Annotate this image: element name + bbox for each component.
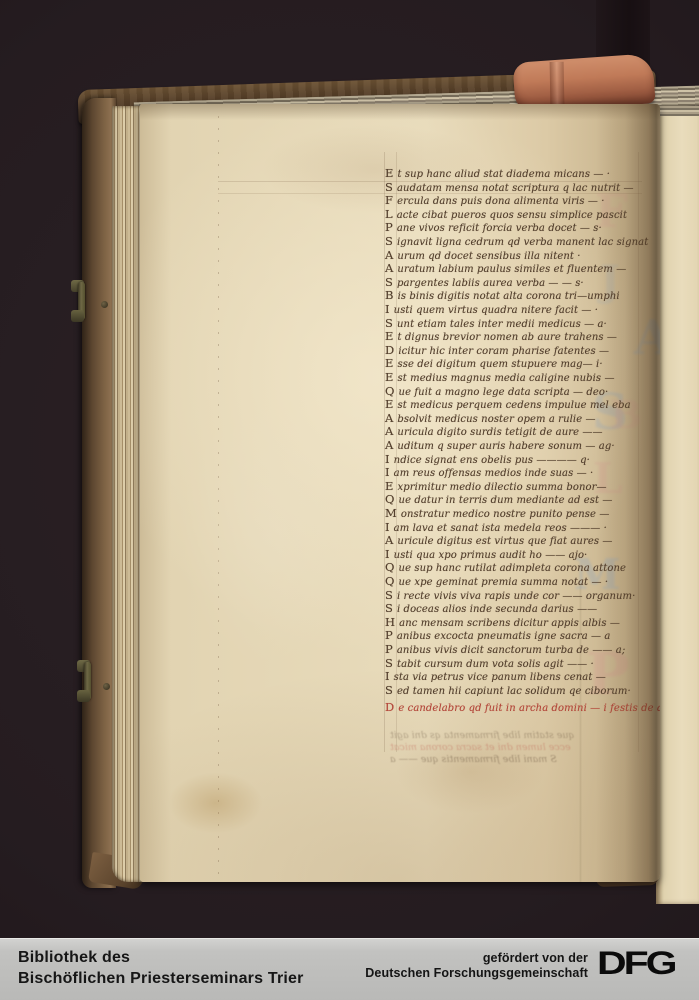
manuscript-line: Iusti quem virtus quadra nitere facit — … (385, 302, 598, 316)
dfg-logo: DFG (597, 949, 692, 976)
manuscript-line: Bis binis digitis notat alta corona tri—… (385, 288, 620, 302)
manuscript-line: Sunt etiam tales inter medii medicus — a… (385, 316, 607, 330)
line-initial: E (385, 166, 394, 180)
line-initial: S (385, 601, 393, 615)
line-text: sse dei digitum quem stupuere mag— i· (398, 359, 603, 370)
manuscript-line: Que fuit a magno lege data scripta — deo… (385, 384, 608, 398)
line-initial: I (385, 547, 390, 561)
line-text: anibus excocta pneumatis igne sacra — a (397, 631, 611, 642)
line-text: anibus vivis dicit sanctorum turba de ——… (397, 645, 626, 656)
manuscript-line: Est medius magnus media caligine nubis — (385, 370, 615, 384)
line-initial: E (385, 479, 394, 493)
book-cover-left-edge (82, 98, 116, 888)
line-initial: Q (385, 574, 395, 588)
line-initial: A (385, 411, 393, 425)
clasp-catch-pin-bottom (103, 683, 110, 690)
manuscript-line: Lacte cibat pueros quos sensu simplice p… (385, 207, 627, 221)
manuscript-line: Iusti qua xpo primus audit ho —— ajo· (385, 547, 587, 561)
line-text: icitur hic inter coram pharise fatentes … (398, 346, 609, 357)
manuscript-line: Aurum qd docet sensibus illa nitent · (385, 248, 581, 262)
line-text: ignavit ligna cedrum qd verba manent lac… (397, 237, 648, 248)
show-through-initial: A (634, 310, 660, 366)
line-initial: I (385, 520, 390, 534)
manuscript-line: Ista via petrus vice panum libens cenat … (385, 669, 606, 683)
line-initial: L (385, 207, 393, 221)
line-initial: I (385, 302, 390, 316)
line-initial: S (385, 656, 393, 670)
page-top-shadow (140, 104, 660, 120)
line-initial: A (385, 533, 393, 547)
line-text: uratum labium paulus similes et fluentem… (397, 264, 626, 275)
manuscript-line: Auratum labium paulus similes et fluente… (385, 261, 626, 275)
funding-credit-line1: gefördert von der (365, 951, 588, 966)
rubric-text: e candelabro qd fuit in archa domini — i… (398, 703, 660, 714)
library-name: Bibliothek des Bischöflichen Priestersem… (18, 947, 304, 989)
line-text: ed tamen hii capiunt lac solidum qe cibo… (397, 686, 631, 697)
line-text: tabit cursum dum vota solis agit —— · (397, 659, 594, 670)
line-text: ane vivos reficit forcia verba docet — s… (397, 223, 602, 234)
line-text: ue datur in terris dum mediante ad est — (399, 495, 613, 506)
line-initial: P (385, 628, 393, 642)
show-through-text-line: que statim libe firmamenta qs dni agit (390, 730, 575, 741)
brass-clasp-bottom (76, 656, 96, 706)
funding-credit-line2: Deutschen Forschungsgemeinschaft (365, 966, 588, 981)
line-text: i doceas alios inde secunda darius —— (397, 604, 597, 615)
manuscript-line: Que xpe geminat premia summa notat — · (385, 574, 608, 588)
manuscript-line: Panibus vivis dicit sanctorum turba de —… (385, 642, 625, 656)
line-initial: S (385, 683, 393, 697)
manuscript-line: Iam reus offensas medios inde suas — · (385, 465, 593, 479)
parchment-stain (168, 772, 263, 834)
line-text: audatam mensa notat scriptura q lac nutr… (397, 183, 634, 194)
manuscript-line: Que datur in terris dum mediante ad est … (385, 492, 612, 506)
manuscript-line: Saudatam mensa notat scriptura q lac nut… (385, 180, 634, 194)
manuscript-line: Stabit cursum dum vota solis agit —— · (385, 656, 594, 670)
manuscript-line: Monstratur medico nostre punito pense — (385, 506, 609, 520)
clasp-hinge-bottom (71, 310, 84, 322)
line-text: ercula dans puis dona alimenta viris — · (397, 196, 604, 207)
manuscript-line: Auricule digitus est virtus que fiat aur… (385, 533, 612, 547)
line-text: xprimitur medio dilectio summa bonor— (398, 482, 607, 493)
line-initial: S (385, 588, 393, 602)
line-text: ue sup hanc rutilat adimpleta corona att… (399, 563, 627, 574)
line-text: t sup hanc aliud stat diadema micans — · (398, 169, 611, 180)
line-initial: E (385, 397, 394, 411)
line-text: st medicus perquem cedens impulue mel eb… (398, 400, 631, 411)
line-text: uricula digito surdis tetigit de aure —— (397, 427, 602, 438)
line-text: usti quem virtus quadra nitere facit — · (394, 305, 598, 316)
footer-bar: Bibliothek des Bischöflichen Priestersem… (0, 938, 699, 1000)
line-text: st medius magnus media caligine nubis — (398, 373, 615, 384)
clasp-hinge-bottom (77, 690, 90, 702)
line-text: sta via petrus vice panum libens cenat — (394, 672, 606, 683)
line-initial: M (385, 506, 397, 520)
manuscript-line: Spargentes labiis aurea verba — — s· (385, 275, 584, 289)
rubric-initial: D (385, 700, 394, 714)
line-initial: D (385, 343, 394, 357)
line-initial: A (385, 261, 393, 275)
manuscript-line: Auricula digito surdis tetigit de aure —… (385, 424, 603, 438)
line-text: ue xpe geminat premia summa notat — · (399, 577, 609, 588)
manuscript-line: Pane vivos reficit forcia verba docet — … (385, 220, 602, 234)
line-text: onstratur medico nostre punito pense — (401, 509, 610, 520)
parchment-light-patch (180, 404, 360, 664)
manuscript-line: Esse dei digitum quem stupuere mag— i· (385, 356, 603, 370)
line-initial: A (385, 424, 393, 438)
line-initial: E (385, 329, 394, 343)
line-initial: Q (385, 492, 395, 506)
line-text: i recte vivis viva rapis unde cor —— org… (397, 591, 635, 602)
line-text: am lava et sanat ista medela reos ——— · (394, 523, 607, 534)
line-text: anc mensam scribens dicitur appis albis … (399, 618, 620, 629)
manuscript-line: Fercula dans puis dona alimenta viris — … (385, 193, 605, 207)
manuscript-page: FJASBLMPque statim libe firmamenta qs dn… (140, 104, 660, 882)
line-initial: B (385, 288, 394, 302)
line-initial: I (385, 465, 390, 479)
line-initial: A (385, 438, 393, 452)
library-name-line2: Bischöflichen Priesterseminars Trier (18, 968, 304, 989)
manuscript-line: Hanc mensam scribens dicitur appis albis… (385, 615, 620, 629)
line-text: pargentes labiis aurea verba — — s· (397, 278, 584, 289)
manuscript-line: Et sup hanc aliud stat diadema micans — … (385, 166, 610, 180)
line-text: acte cibat pueros quos sensu simplice pa… (397, 210, 627, 221)
manuscript-line: Panibus excocta pneumatis igne sacra — a (385, 628, 611, 642)
line-initial: S (385, 234, 393, 248)
manuscript-line: Sed tamen hii capiunt lac solidum qe cib… (385, 683, 631, 697)
ruling-vertical-left (218, 116, 219, 882)
line-text: uricule digitus est virtus que fiat aure… (397, 536, 612, 547)
line-text: bsolvit medicus noster opem a rulie — (397, 414, 595, 425)
line-initial: S (385, 275, 393, 289)
line-initial: Q (385, 560, 395, 574)
manuscript-line: Exprimitur medio dilectio summa bonor— (385, 479, 607, 493)
line-text: usti qua xpo primus audit ho —— ajo· (394, 550, 588, 561)
line-initial: Q (385, 384, 395, 398)
manuscript-line: Est medicus perquem cedens impulue mel e… (385, 397, 631, 411)
line-text: am reus offensas medios inde suas — · (394, 468, 594, 479)
line-initial: E (385, 356, 394, 370)
line-initial: A (385, 248, 393, 262)
manuscript-line: Absolvit medicus noster opem a rulie — (385, 411, 596, 425)
line-initial: S (385, 316, 393, 330)
library-name-line1: Bibliothek des (18, 947, 304, 968)
parchment-stain (395, 729, 545, 814)
line-text: uditum q super auris habere sonum — ag· (397, 441, 614, 452)
line-initial: P (385, 220, 393, 234)
brass-clasp-top (70, 276, 90, 326)
manuscript-line: Si doceas alios inde secunda darius —— (385, 601, 597, 615)
line-text: t dignus brevior nomen ab aure trahens — (398, 332, 618, 343)
clasp-catch-pin-top (101, 301, 108, 308)
manuscript-line: Et dignus brevior nomen ab aure trahens … (385, 329, 617, 343)
line-initial: F (385, 193, 393, 207)
manuscript-line: Indice signat ens obelis pus ———— q· (385, 452, 590, 466)
funding-credit: gefördert von der Deutschen Forschungsge… (365, 951, 588, 981)
line-text: urum qd docet sensibus illa nitent · (397, 251, 580, 262)
rubric-line: De candelabro qd fuit in archa domini — … (385, 700, 660, 714)
line-text: ue fuit a magno lege data scripta — deo· (399, 387, 609, 398)
manuscript-line: Signavit ligna cedrum qd verba manent la… (385, 234, 648, 248)
facing-page-sliver (656, 106, 699, 904)
photo-background: FJASBLMPque statim libe firmamenta qs dn… (0, 0, 699, 1000)
line-text: unt etiam tales inter medii medicus — a· (397, 319, 607, 330)
line-initial: P (385, 642, 393, 656)
line-initial: H (385, 615, 395, 629)
show-through-text-line: ecce lumen dni et sacra corona micat (390, 742, 571, 753)
line-text: ndice signat ens obelis pus ———— q· (394, 455, 590, 466)
manuscript-line: Iam lava et sanat ista medela reos ——— · (385, 520, 607, 534)
show-through-text-line: S mani libe firmamentis que —— a (390, 754, 557, 765)
line-initial: I (385, 669, 390, 683)
manuscript-line: Dicitur hic inter coram pharise fatentes… (385, 343, 609, 357)
manuscript-line: Si recte vivis viva rapis unde cor —— or… (385, 588, 635, 602)
manuscript-line: Que sup hanc rutilat adimpleta corona at… (385, 560, 626, 574)
line-initial: I (385, 452, 390, 466)
line-text: is binis digitis notat alta corona tri—u… (398, 291, 620, 302)
line-initial: S (385, 180, 393, 194)
manuscript-line: Auditum q super auris habere sonum — ag· (385, 438, 615, 452)
line-initial: E (385, 370, 394, 384)
